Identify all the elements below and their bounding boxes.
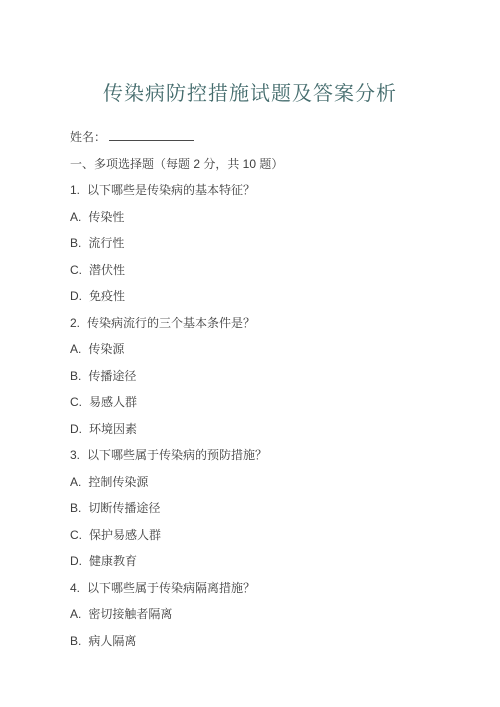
option-letter: D.: [70, 553, 82, 569]
question-3-option-d: D.健康教育: [70, 553, 430, 569]
question-number: 3.: [70, 447, 80, 463]
option-letter: C.: [70, 262, 82, 278]
exam-document-page: 传染病防控措施试题及答案分析 姓名： 一、多项选择题（每题 2 分，共 10 题…: [0, 0, 500, 707]
option-letter: A.: [70, 606, 81, 622]
option-letter: A.: [70, 474, 81, 490]
option-text: 传染性: [88, 210, 124, 224]
name-label: 姓名：: [70, 130, 106, 144]
question-3: 3.以下哪些属于传染病的预防措施？: [70, 447, 430, 463]
name-blank-line: [109, 128, 194, 141]
question-number: 4.: [70, 580, 80, 596]
question-1-option-b: B.流行性: [70, 235, 430, 251]
option-letter: A.: [70, 341, 81, 357]
name-line: 姓名：: [70, 128, 430, 145]
option-text: 传播途径: [88, 369, 136, 383]
option-text: 流行性: [88, 236, 124, 250]
question-1: 1.以下哪些是传染病的基本特征？: [70, 182, 430, 198]
question-2-option-a: A.传染源: [70, 341, 430, 357]
option-text: 密切接触者隔离: [88, 607, 172, 621]
option-text: 易感人群: [89, 395, 137, 409]
question-1-option-d: D.免疫性: [70, 288, 430, 304]
option-letter: B.: [70, 500, 81, 516]
question-3-option-c: C.保护易感人群: [70, 527, 430, 543]
option-letter: C.: [70, 527, 82, 543]
document-body: 传染病防控措施试题及答案分析 姓名： 一、多项选择题（每题 2 分，共 10 题…: [0, 0, 500, 649]
option-letter: D.: [70, 421, 82, 437]
question-4-option-b: B.病人隔离: [70, 633, 430, 649]
question-4: 4.以下哪些属于传染病隔离措施？: [70, 580, 430, 596]
option-text: 保护易感人群: [89, 528, 161, 542]
question-1-option-a: A.传染性: [70, 209, 430, 225]
question-3-option-b: B.切断传播途径: [70, 500, 430, 516]
question-2-option-c: C.易感人群: [70, 394, 430, 410]
option-letter: D.: [70, 288, 82, 304]
option-text: 潜伏性: [89, 263, 125, 277]
option-letter: B.: [70, 633, 81, 649]
section-heading: 一、多项选择题（每题 2 分，共 10 题）: [70, 156, 430, 172]
option-letter: C.: [70, 394, 82, 410]
option-text: 病人隔离: [88, 634, 136, 648]
question-2: 2.传染病流行的三个基本条件是？: [70, 315, 430, 331]
option-letter: B.: [70, 368, 81, 384]
option-text: 环境因素: [89, 422, 137, 436]
question-4-option-a: A.密切接触者隔离: [70, 606, 430, 622]
option-letter: A.: [70, 209, 81, 225]
question-text: 以下哪些是传染病的基本特征？: [87, 183, 255, 197]
option-text: 传染源: [88, 342, 124, 356]
question-text: 传染病流行的三个基本条件是？: [87, 316, 255, 330]
page-title: 传染病防控措施试题及答案分析: [70, 82, 430, 107]
option-text: 健康教育: [89, 554, 137, 568]
option-letter: B.: [70, 235, 81, 251]
question-text: 以下哪些属于传染病隔离措施？: [87, 581, 255, 595]
question-2-option-b: B.传播途径: [70, 368, 430, 384]
option-text: 免疫性: [89, 289, 125, 303]
question-text: 以下哪些属于传染病的预防措施？: [87, 448, 267, 462]
option-text: 控制传染源: [88, 475, 148, 489]
question-3-option-a: A.控制传染源: [70, 474, 430, 490]
question-number: 2.: [70, 315, 80, 331]
question-number: 1.: [70, 182, 80, 198]
question-1-option-c: C.潜伏性: [70, 262, 430, 278]
option-text: 切断传播途径: [88, 501, 160, 515]
question-2-option-d: D.环境因素: [70, 421, 430, 437]
